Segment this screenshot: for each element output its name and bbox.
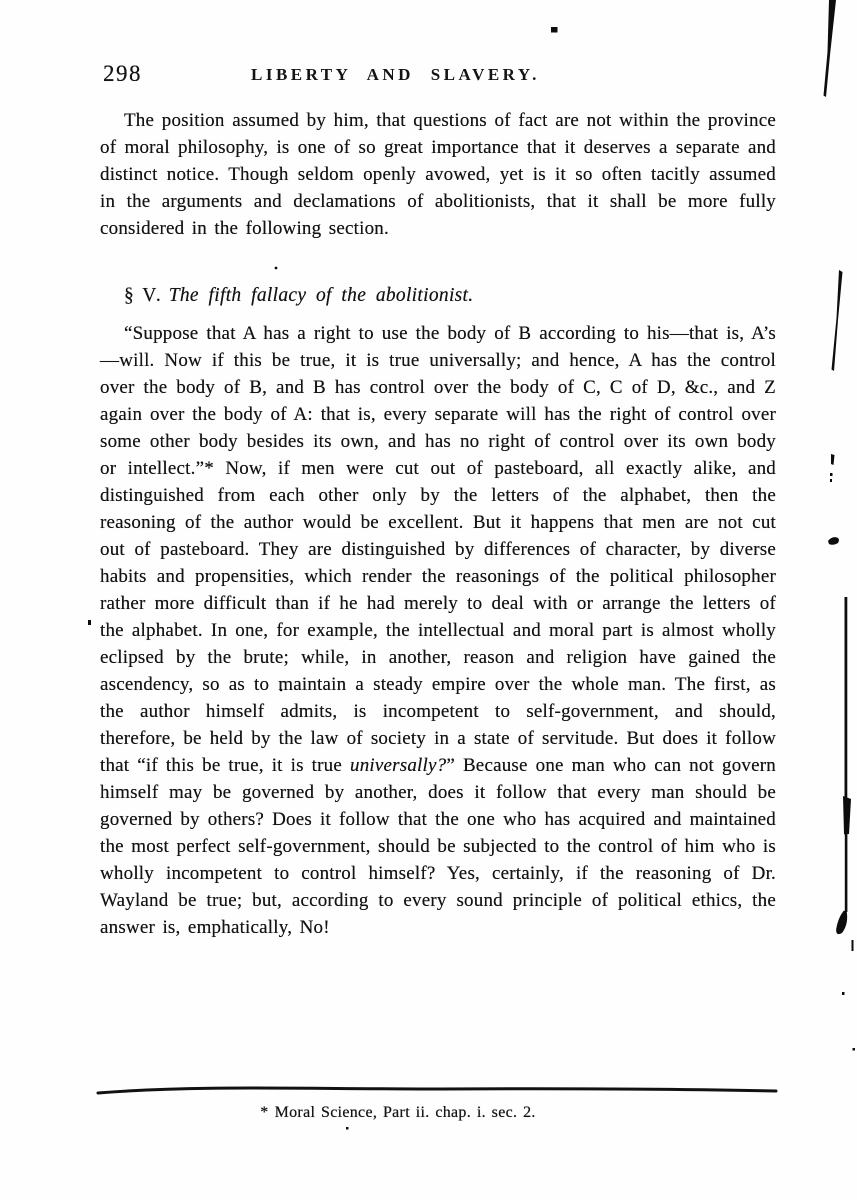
scan-line-right-b (845, 834, 848, 912)
running-head: LIBERTY AND SLAVERY. (251, 65, 540, 85)
paragraph-1: The position assumed by him, that questi… (100, 107, 776, 242)
page-number: 298 (103, 61, 142, 87)
scan-speck-top (551, 27, 558, 33)
scan-stroke-right-2 (832, 270, 843, 371)
paragraph-2-text-b: ” Because one man who can not govern him… (100, 755, 776, 938)
scan-dot-right-2 (830, 479, 832, 482)
scan-dot-right-4 (853, 1048, 856, 1051)
book-page: 298 LIBERTY AND SLAVERY. The position as… (0, 0, 857, 1200)
scan-dot-right-1 (830, 473, 833, 476)
paragraph-2-text-a: “Suppose that A has a right to use the b… (100, 323, 776, 776)
scan-line-right-bulge (843, 796, 851, 834)
scan-line-right-a (845, 597, 848, 835)
footnote: *Moral Science, Part ii. chap. i. sec. 2… (100, 1104, 696, 1122)
section-number: § V. (124, 285, 163, 306)
footnote-marker: * (260, 1104, 268, 1121)
scan-tick-right (831, 454, 835, 465)
scan-smudge-right (828, 537, 839, 545)
footnote-text: Moral Science, Part ii. chap. i. sec. 2. (275, 1104, 536, 1121)
paragraph-2-italic: universally? (350, 755, 446, 776)
scan-hook-right (836, 910, 847, 934)
scan-tick-right-2 (852, 940, 854, 951)
footnote-rule (98, 1088, 776, 1093)
scan-speck-footnote (346, 1127, 349, 1130)
scan-dot-right-3 (842, 992, 845, 995)
section-title: The fifth fallacy of the abolitionist. (169, 285, 474, 306)
paragraph-2: “Suppose that A has a right to use the b… (100, 320, 776, 941)
scan-speck-para1 (275, 267, 278, 270)
scan-stroke-top-right (824, 0, 837, 97)
section-heading: § V.The fifth fallacy of the abolitionis… (124, 285, 473, 307)
scan-speck-left-margin (88, 620, 91, 625)
